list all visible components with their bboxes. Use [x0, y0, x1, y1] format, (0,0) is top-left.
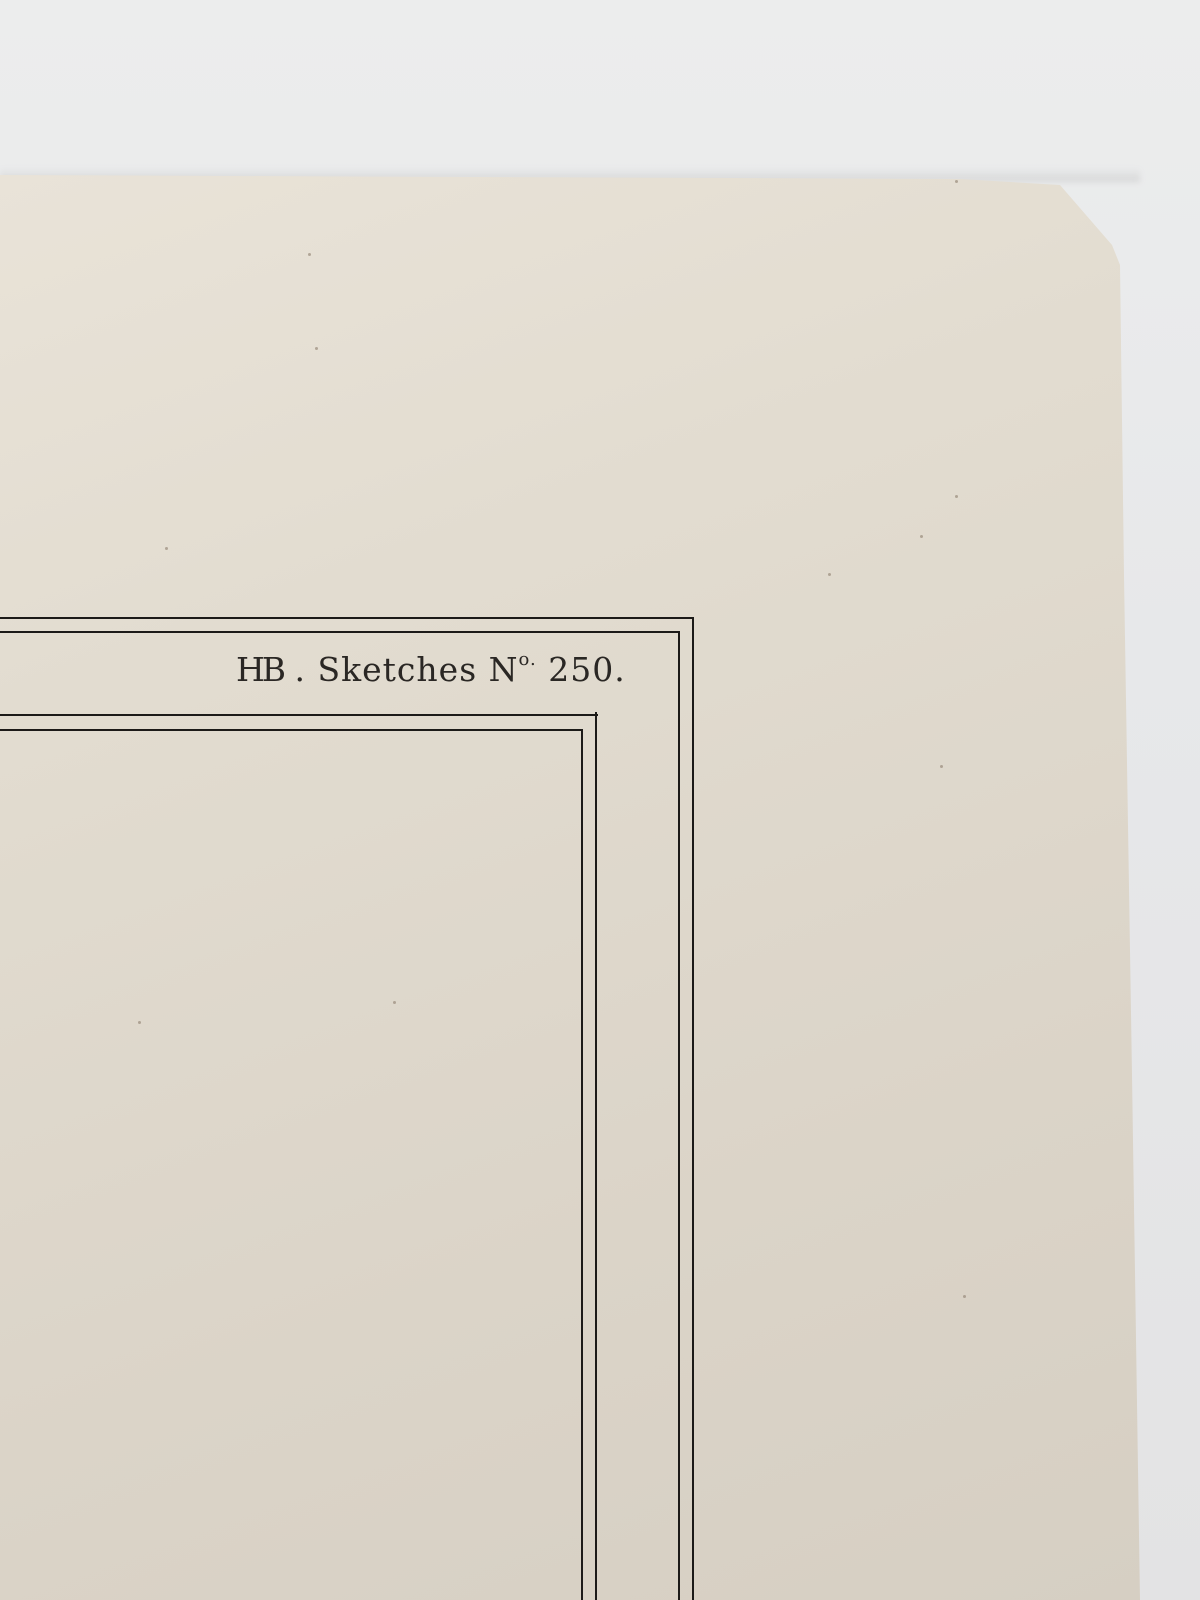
sketch-number-label: HB . Sketches No. 250. [236, 650, 626, 689]
sketch-number: 250. [548, 650, 625, 689]
outer-frame-top-line-2 [0, 631, 680, 633]
outer-frame-right-line-1 [692, 617, 694, 1600]
paper-speck [955, 495, 958, 498]
paper-speck [315, 347, 318, 350]
inner-frame-right-line-2 [581, 729, 583, 1600]
paper-speck [963, 1295, 966, 1298]
paper-speck [920, 535, 923, 538]
inner-frame-top-line-2 [0, 729, 583, 731]
paper-speck [165, 547, 168, 550]
number-superscript: o. [519, 649, 537, 670]
separator: . [295, 650, 307, 689]
series-mark: HB [236, 650, 283, 689]
paper-speck [828, 573, 831, 576]
paper-sheet [0, 175, 1152, 1600]
inner-frame-top-line-1 [0, 714, 598, 716]
paper-speck [955, 180, 958, 183]
paper-speck [308, 253, 311, 256]
inner-frame-right-line-1 [595, 712, 597, 1600]
number-prefix: N [489, 650, 519, 689]
paper-speck [138, 1021, 141, 1024]
paper-speck [393, 1001, 396, 1004]
paper-speck [940, 765, 943, 768]
sketch-title: Sketches [318, 650, 478, 689]
outer-frame-right-line-2 [678, 631, 680, 1600]
outer-frame-top-line-1 [0, 617, 694, 619]
